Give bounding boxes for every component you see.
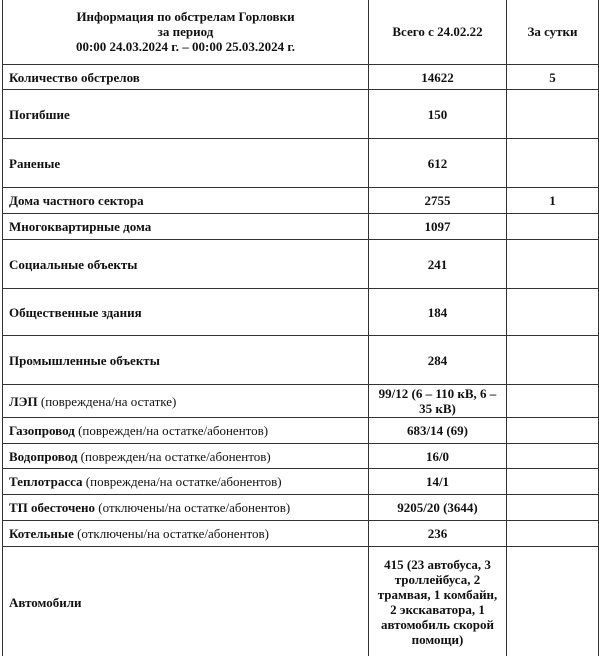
table-row: Раненые612	[3, 139, 599, 188]
row-label-main: Автомобили	[9, 595, 82, 610]
row-label-main: ТП обесточено	[9, 500, 95, 515]
row-label-note: (отключены/на остатке/абонентов)	[74, 526, 269, 541]
row-label-main: Общественные здания	[9, 305, 142, 320]
table-row: Водопровод (поврежден/на остатке/абонент…	[3, 444, 599, 469]
table-row: Теплотрасса (повреждена/на остатке/абоне…	[3, 469, 599, 495]
row-day	[507, 139, 599, 188]
row-label: Газопровод (поврежден/на остатке/абонент…	[3, 418, 369, 444]
row-label: Погибшие	[3, 90, 369, 139]
row-day	[507, 90, 599, 139]
row-day	[507, 289, 599, 336]
row-day	[507, 214, 599, 240]
table-row: ЛЭП (повреждена/на остатке)99/12 (6 – 11…	[3, 385, 599, 418]
table-row: Погибшие150	[3, 90, 599, 139]
table-row: ТП обесточено (отключены/на остатке/абон…	[3, 495, 599, 521]
row-total: 150	[369, 90, 507, 139]
row-label-main: Дома частного сектора	[9, 193, 144, 208]
row-label: Водопровод (поврежден/на остатке/абонент…	[3, 444, 369, 469]
table-row: Котельные (отключены/на остатке/абоненто…	[3, 521, 599, 547]
row-total: 415 (23 автобуса, 3 троллейбуса, 2 трамв…	[369, 547, 507, 656]
row-label-main: Многоквартирные дома	[9, 219, 151, 234]
row-day	[507, 469, 599, 495]
row-total: 683/14 (69)	[369, 418, 507, 444]
row-label: ТП обесточено (отключены/на остатке/абон…	[3, 495, 369, 521]
row-label-main: Водопровод	[9, 449, 77, 464]
row-label: Количество обстрелов	[3, 65, 369, 90]
row-label-main: Количество обстрелов	[9, 70, 140, 85]
shelling-info-table: Информация по обстрелам Горловки за пери…	[2, 0, 599, 656]
row-day: 1	[507, 188, 599, 214]
row-total: 1097	[369, 214, 507, 240]
row-total: 284	[369, 336, 507, 385]
row-label-main: Теплотрасса	[9, 474, 83, 489]
row-label: Многоквартирные дома	[3, 214, 369, 240]
row-label: ЛЭП (повреждена/на остатке)	[3, 385, 369, 418]
table-row: Количество обстрелов146225	[3, 65, 599, 90]
row-total: 14622	[369, 65, 507, 90]
row-label-main: Котельные	[9, 526, 74, 541]
table-row: Общественные здания184	[3, 289, 599, 336]
row-total: 99/12 (6 – 110 кВ, 6 – 35 кВ)	[369, 385, 507, 418]
row-label-note: (отключены/на остатке/абонентов)	[95, 500, 290, 515]
table-row: Многоквартирные дома1097	[3, 214, 599, 240]
row-label-note: (повреждена/на остатке)	[38, 394, 177, 409]
row-day	[507, 336, 599, 385]
title-line-3: 00:00 24.03.2024 г. – 00:00 25.03.2024 г…	[9, 39, 362, 54]
row-label-main: Газопровод	[9, 423, 75, 438]
header-total: Всего с 24.02.22	[369, 0, 507, 65]
table-row: Дома частного сектора27551	[3, 188, 599, 214]
row-day	[507, 444, 599, 469]
row-label: Теплотрасса (повреждена/на остатке/абоне…	[3, 469, 369, 495]
table-row: Социальные объекты241	[3, 240, 599, 289]
row-total: 14/1	[369, 469, 507, 495]
row-total: 236	[369, 521, 507, 547]
table-row: Газопровод (поврежден/на остатке/абонент…	[3, 418, 599, 444]
row-total: 2755	[369, 188, 507, 214]
row-label: Промышленные объекты	[3, 336, 369, 385]
row-label-note: (повреждена/на остатке/абонентов)	[83, 474, 282, 489]
header-title: Информация по обстрелам Горловки за пери…	[3, 0, 369, 65]
row-label: Раненые	[3, 139, 369, 188]
row-day	[507, 495, 599, 521]
table-header-row: Информация по обстрелам Горловки за пери…	[3, 0, 599, 65]
row-day	[507, 385, 599, 418]
row-label: Дома частного сектора	[3, 188, 369, 214]
row-label: Социальные объекты	[3, 240, 369, 289]
table-row: Промышленные объекты284	[3, 336, 599, 385]
title-line-1: Информация по обстрелам Горловки	[9, 9, 362, 24]
row-label: Общественные здания	[3, 289, 369, 336]
title-line-2: за период	[9, 24, 362, 39]
row-label-main: ЛЭП	[9, 394, 38, 409]
row-label-main: Промышленные объекты	[9, 353, 160, 368]
row-label-main: Погибшие	[9, 107, 70, 122]
row-label: Автомобили	[3, 547, 369, 656]
row-label-note: (поврежден/на остатке/абонентов)	[77, 449, 270, 464]
header-day: За сутки	[507, 0, 599, 65]
row-total: 9205/20 (3644)	[369, 495, 507, 521]
row-total: 184	[369, 289, 507, 336]
row-label-main: Социальные объекты	[9, 257, 137, 272]
row-day	[507, 240, 599, 289]
table-row: Автомобили415 (23 автобуса, 3 троллейбус…	[3, 547, 599, 656]
row-total: 241	[369, 240, 507, 289]
row-label-main: Раненые	[9, 156, 60, 171]
row-total: 16/0	[369, 444, 507, 469]
row-day: 5	[507, 65, 599, 90]
row-day	[507, 521, 599, 547]
row-day	[507, 547, 599, 656]
row-total: 612	[369, 139, 507, 188]
row-day	[507, 418, 599, 444]
row-label-note: (поврежден/на остатке/абонентов)	[75, 423, 268, 438]
row-label: Котельные (отключены/на остатке/абоненто…	[3, 521, 369, 547]
